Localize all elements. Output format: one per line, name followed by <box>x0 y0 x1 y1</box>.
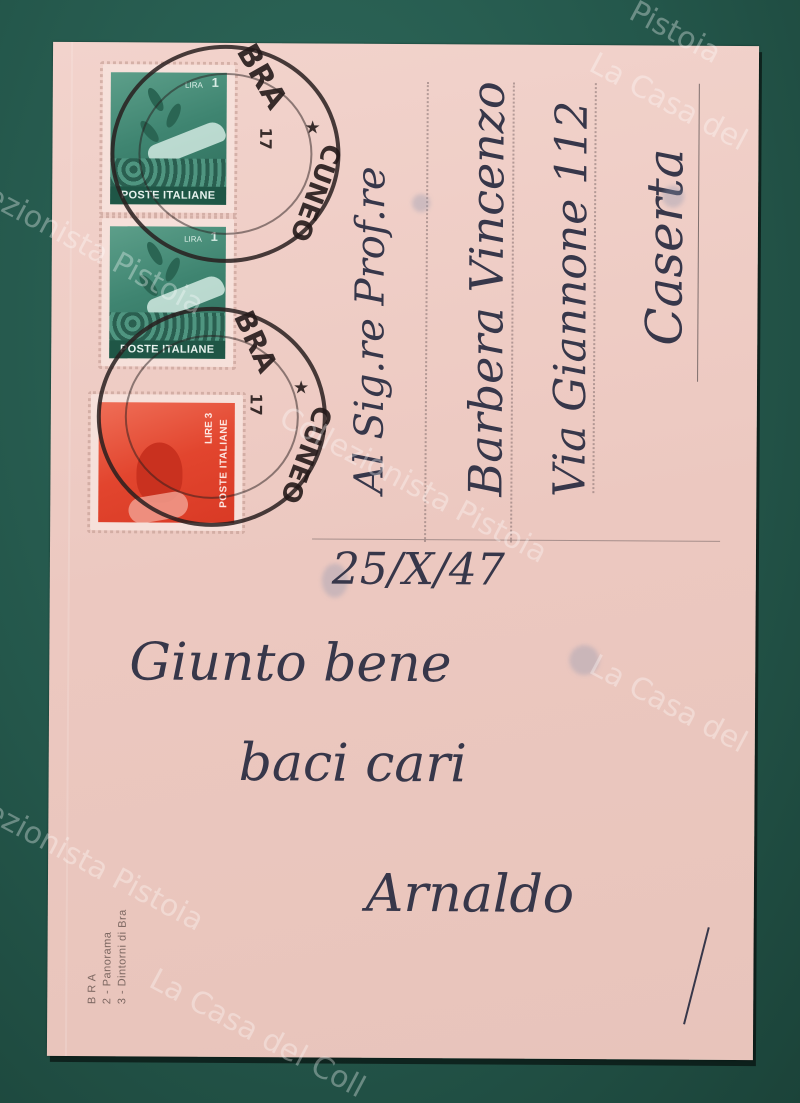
postmark-date: 17 <box>256 127 275 149</box>
star-icon: ★ <box>305 117 321 138</box>
message-line-2: baci cari <box>239 733 468 794</box>
address-line-1: Al Sig.re Prof.re <box>346 166 394 494</box>
address-line-3: Via Giannone 112 <box>544 101 597 498</box>
signature-flourish <box>683 927 710 1024</box>
printed-caption: B R A 2 - Panorama 3 - Dintorni di Bra <box>85 909 131 1004</box>
caption-line-1: B R A <box>85 909 101 1004</box>
card-edge <box>65 42 73 1056</box>
message-line-1: Giunto bene <box>129 632 452 694</box>
postcard: 1 LIRA POSTE ITALIANE 1 LIRA POSTE ITALI… <box>47 42 759 1060</box>
postmark-2: BRA CUNEO 17 ★ <box>96 306 327 527</box>
address-underline <box>697 84 700 382</box>
message-date: 25/X/47 <box>332 544 505 596</box>
caption-line-3: 3 - Dintorni di Bra <box>115 909 131 1004</box>
divider-line <box>312 538 720 541</box>
caption-line-2: 2 - Panorama <box>100 909 116 1004</box>
postmark-date: 17 <box>246 393 265 415</box>
address-line-4: Caserta <box>635 148 694 345</box>
postmark-1: BRA CUNEO 17 ★ <box>110 44 341 263</box>
address-guide-line <box>424 82 429 542</box>
signature: Arnaldo <box>366 864 575 925</box>
star-icon: ★ <box>293 377 309 398</box>
address-line-2: Barbera Vincenzo <box>458 81 515 497</box>
